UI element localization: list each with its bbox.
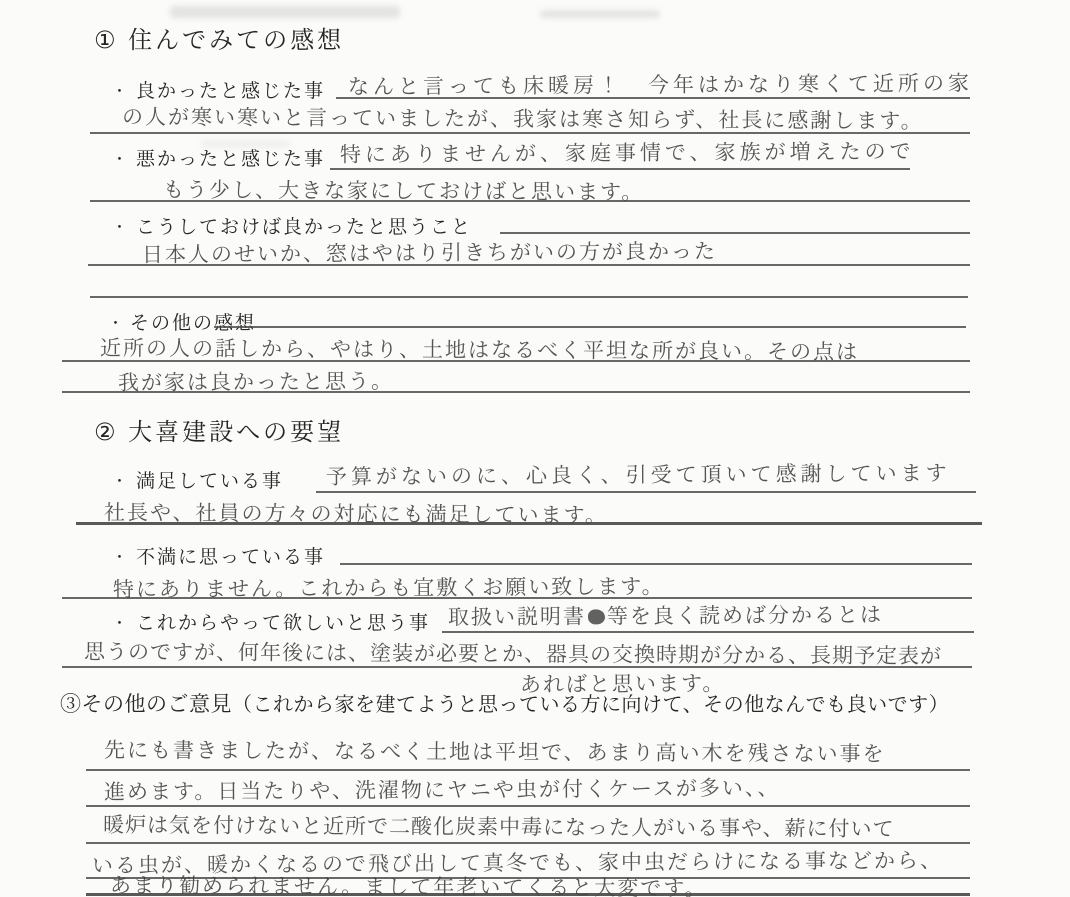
ruled-line [214,326,966,328]
ruled-line [86,842,970,844]
bullet: ・ [112,470,127,491]
ruled-line [62,666,972,668]
section3-heading-title: ③その他のご意見 [60,692,232,716]
q3-label: こうしておけば良かったと思うこと [136,212,472,239]
ruled-line [86,893,970,896]
section3-heading: ③その他のご意見（これから家を建てようと思っている方に向けて、その他なんでも良い… [60,688,949,718]
q6-label: 不満に思っている事 [136,542,325,569]
bullet: ・ [108,312,123,333]
q4-label: その他の感想 [130,308,256,335]
section3-heading-note: （これから家を建てようと思っている方に向けて、その他なんでも良いです） [232,694,949,716]
ruled-line [442,631,974,633]
scan-artifact [540,10,660,18]
q2-answer-line1: 特にありませんが、家庭事情で、家族が増えたので [340,135,915,169]
ruled-line [316,491,976,493]
ruled-line [62,391,970,393]
q1-answer-line1: なんと言っても床暖房！ 今年はかなり寒くて近所の家 [348,67,973,101]
ruled-line [86,805,970,807]
q2-label: 悪かったと感じた事 [136,144,325,171]
ruled-line [88,264,970,266]
s3-paragraph-line3: 暖炉は気を付けないと近所で二酸化炭素中毒になった人がいる事や、薪に付いて [103,809,895,843]
scan-artifact [170,6,400,18]
q5-label: 満足している事 [136,466,283,493]
scanned-questionnaire-page: ① 住んでみての感想 ・ 良かったと感じた事 なんと言っても床暖房！ 今年はかな… [0,0,1070,897]
ink-blot [588,609,605,624]
ruled-line [62,360,970,362]
s3-paragraph-line2: 進めます。日当たりや、洗濯物にヤニや虫が付くケースが多い、、 [104,772,781,806]
ruled-line-empty [90,296,968,298]
q7-label: これからやって欲しいと思う事 [136,608,430,635]
section2-heading: ② 大喜建設への要望 [94,412,344,447]
ruled-line [500,232,970,234]
ruled-line [336,97,970,99]
q7-answer-line1-post: 等を良く読めば分かるとは [607,603,883,629]
section1-heading: ① 住んでみての感想 [94,20,344,55]
s3-paragraph-line1: 先にも書きましたが、なるべく土地は平坦で、あまり高い木を残さない事を [104,734,886,768]
bullet: ・ [112,80,127,101]
ruled-line [76,522,982,525]
bullet: ・ [112,148,127,169]
q7-answer-line1: 取扱い説明書等を良く読めば分かるとは [448,599,883,632]
ruled-line [90,132,970,134]
q5-answer-line1: 予算がないのに、心良く、引受て頂いて感謝しています [326,457,951,491]
bullet: ・ [112,216,127,237]
ruled-line [330,168,910,170]
bullet: ・ [112,546,127,567]
q1-label: 良かったと感じた事 [136,76,325,103]
ruled-line [90,200,970,202]
ruled-line [340,563,972,565]
q1-answer-line2: の人が寒い寒いと言っていましたが、我家は寒さ知らず、社長に感謝します。 [122,101,924,135]
bullet: ・ [112,612,127,633]
ruled-line [86,769,970,771]
q7-answer-line1-pre: 取扱い説明書 [448,604,586,629]
